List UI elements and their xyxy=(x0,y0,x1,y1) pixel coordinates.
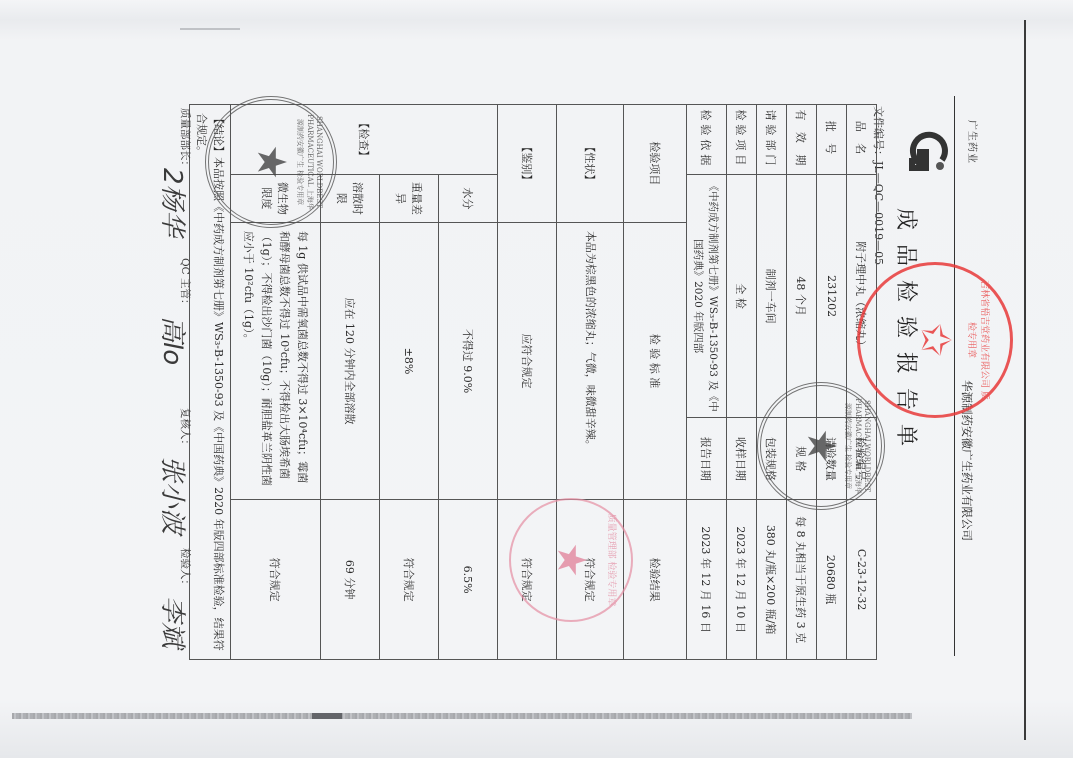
standard-text: 不得过 9.0% xyxy=(439,222,498,499)
standard-text: 本品为棕黑色的浓缩丸；气微，味微甜辛辣。 xyxy=(557,222,624,499)
grey-inspection-stamp-2: ★ SHANGHAI WORLDBEST PHARMACEUTICAL 上海华源… xyxy=(205,96,337,228)
star-icon: ★ xyxy=(548,542,594,578)
info-label: 检验依据 xyxy=(687,105,727,175)
standards-header-row: 检验项目检 验 标 准检验结果 xyxy=(624,105,687,660)
info-value-2: 每 8 丸相当于原生药 3 克 xyxy=(787,500,817,660)
star-icon: ✩ xyxy=(912,323,958,357)
reviewer-signature: 张小波 xyxy=(156,456,193,534)
info-label: 有 效 期 xyxy=(787,105,817,175)
logo-text: 广生药业 xyxy=(966,120,981,164)
standard-row: 重量差异±8%符合规定 xyxy=(380,105,439,660)
standard-text: 应符合规定 xyxy=(498,222,557,499)
info-label: 检验项目 xyxy=(727,105,757,175)
header-item: 检验项目 xyxy=(624,105,687,223)
info-value: 《中药成方制剂第七册》WS₃-B-1350-93 及《中国药典》2020 年版四… xyxy=(687,174,727,418)
standard-result: 符合规定 xyxy=(380,500,439,660)
star-icon: ★ xyxy=(798,428,844,464)
standard-result: 69 分钟 xyxy=(321,500,380,660)
info-value: 制剂一车间 xyxy=(757,174,787,418)
info-label-2: 收样日期 xyxy=(727,418,757,500)
info-value-2: 380 丸/瓶×200 瓶/箱 xyxy=(757,500,787,660)
info-value: 全 检 xyxy=(727,174,757,418)
quality-head-label: 质量部部长： xyxy=(178,108,193,171)
star-icon: ★ xyxy=(248,144,294,180)
inspector-label: 检验人： xyxy=(178,548,193,590)
standard-result: 6.5% xyxy=(439,500,498,660)
red-company-stamp: ✩ 吉林省梧吉堂药业有限公司 质检专用章 xyxy=(857,262,1013,418)
info-row: 检验项目全 检收样日期2023 年 12 月 10 日 xyxy=(727,105,757,660)
standard-result: 符合规定 xyxy=(231,500,321,660)
info-value-2: 20680 瓶 xyxy=(817,500,847,660)
info-value-2: 2023 年 12 月 10 日 xyxy=(727,500,757,660)
reviewer-label: 复核人： xyxy=(178,408,193,450)
quality-head-signature: 2杨华 xyxy=(156,168,193,237)
info-label: 请验部门 xyxy=(757,105,787,175)
pink-qc-stamp: ★ 质量管理部 检验专用章 xyxy=(509,498,633,622)
standard-text: ±8% xyxy=(380,222,439,499)
info-label: 批 号 xyxy=(817,105,847,175)
info-value: 48 个月 xyxy=(787,174,817,418)
gs-pharma-logo-icon xyxy=(908,130,948,174)
inspector-signature: 李斌 xyxy=(156,596,193,648)
info-value-2: 2023 年 12 月 16 日 xyxy=(687,500,727,660)
header-result: 检验结果 xyxy=(624,500,687,660)
standard-item: 水分 xyxy=(439,174,498,222)
info-value-2: C-23-12-32 xyxy=(847,500,877,660)
info-row: 请验部门制剂一车间包装规格380 丸/瓶×200 瓶/箱 xyxy=(757,105,787,660)
qc-supervisor-signature: 高lo xyxy=(156,316,193,365)
standard-text: 应在 120 分钟内全部溶散 xyxy=(321,222,380,499)
standard-group: 【鉴别】 xyxy=(498,105,557,223)
info-label-2: 报告日期 xyxy=(687,418,727,500)
header-standard: 检 验 标 准 xyxy=(624,222,687,499)
qc-supervisor-label: QC 主管： xyxy=(178,258,193,309)
standard-item: 重量差异 xyxy=(380,174,439,222)
inspection-report-page: 广生药业 华源制药安徽广生药业有限公司 成品检验报告单 文件编号：JL—QC—0… xyxy=(0,0,1073,758)
info-row: 检验依据《中药成方制剂第七册》WS₃-B-1350-93 及《中国药典》2020… xyxy=(687,105,727,660)
info-label: 品 名 xyxy=(847,105,877,175)
grey-inspection-stamp: ★ SHANGHAI WORLDBEST PHARMACEUTICAL 上海华源… xyxy=(757,382,885,510)
standard-text: 每 1g 供试品中需氧菌总数不得过 3×10⁴cfu；霉菌和酵母菌总数不得过 1… xyxy=(231,222,321,499)
standard-row: 【检查】水分不得过 9.0%6.5% xyxy=(439,105,498,660)
standard-group: 【性状】 xyxy=(557,105,624,223)
